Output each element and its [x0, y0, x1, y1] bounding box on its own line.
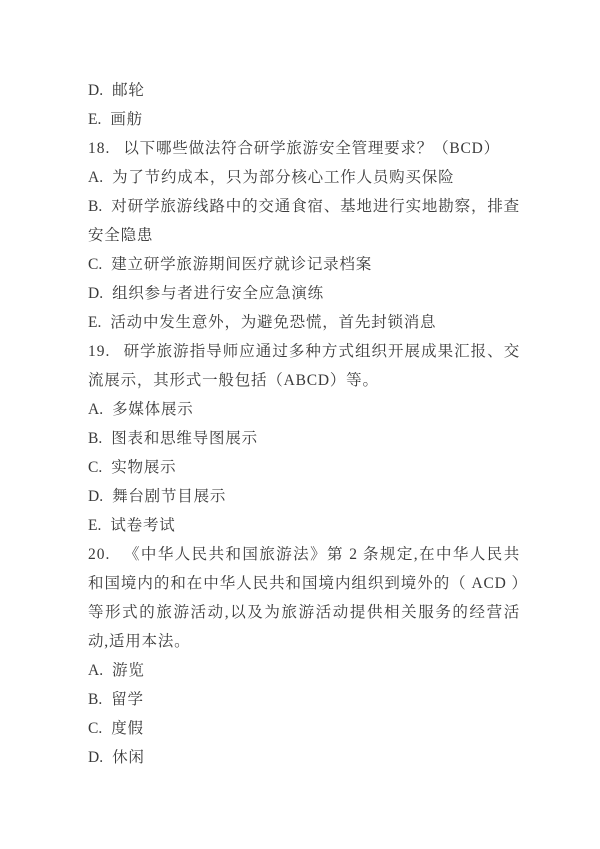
option-label: E. [88, 517, 101, 534]
option-line: C.实物展示 [88, 453, 520, 482]
option-label: D. [88, 82, 103, 99]
option-label: B. [88, 430, 102, 447]
option-text: 试卷考试 [110, 517, 175, 534]
option-label: B. [88, 691, 102, 708]
option-text: 画舫 [110, 111, 143, 128]
option-text: 休闲 [112, 749, 145, 766]
option-text: 留学 [111, 691, 144, 708]
question-number: 20. [88, 546, 110, 563]
option-label: C. [88, 720, 102, 737]
question-text: 以下哪些做法符合研学旅游安全管理要求？（BCD） [123, 140, 500, 157]
option-label: B. [88, 198, 102, 215]
option-line: E.试卷考试 [88, 511, 520, 540]
option-label: A. [88, 662, 103, 679]
option-text: 对研学旅游线路中的交通食宿、基地进行实地勘察，排查安全隐患 [88, 198, 520, 244]
option-text: 活动中发生意外，为避免恐慌，首先封锁消息 [110, 314, 436, 331]
option-line: D.组织参与者进行安全应急演练 [88, 279, 520, 308]
question-text: 《中华人民共和国旅游法》第 2 条规定,在中华人民共和国境内的和在中华人民共和国… [88, 546, 520, 650]
option-text: 实物展示 [111, 459, 176, 476]
question-20-stem: 20.《中华人民共和国旅游法》第 2 条规定,在中华人民共和国境内的和在中华人民… [88, 540, 520, 656]
option-line: C.度假 [88, 714, 520, 743]
scanned-exam-page: D.邮轮 E.画舫 18.以下哪些做法符合研学旅游安全管理要求？（BCD） A.… [0, 0, 600, 849]
option-line: D.舞台剧节目展示 [88, 482, 520, 511]
option-line: D.邮轮 [88, 76, 520, 105]
option-label: E. [88, 314, 101, 331]
option-text: 图表和思维导图展示 [111, 430, 258, 447]
option-label: E. [88, 111, 101, 128]
option-line: B.对研学旅游线路中的交通食宿、基地进行实地勘察，排查安全隐患 [88, 192, 520, 250]
option-text: 建立研学旅游期间医疗就诊记录档案 [111, 256, 372, 273]
option-line: C.建立研学旅游期间医疗就诊记录档案 [88, 250, 520, 279]
option-line: A.多媒体展示 [88, 395, 520, 424]
option-label: A. [88, 401, 103, 418]
option-line: E.活动中发生意外，为避免恐慌，首先封锁消息 [88, 308, 520, 337]
option-text: 多媒体展示 [112, 401, 194, 418]
option-label: D. [88, 488, 103, 505]
option-label: C. [88, 459, 102, 476]
option-label: D. [88, 285, 103, 302]
option-line: E.画舫 [88, 105, 520, 134]
option-line: B.图表和思维导图展示 [88, 424, 520, 453]
option-text: 度假 [111, 720, 144, 737]
option-label: A. [88, 169, 103, 186]
option-text: 舞台剧节目展示 [112, 488, 226, 505]
option-text: 邮轮 [112, 82, 145, 99]
option-label: C. [88, 256, 102, 273]
option-line: A.游览 [88, 656, 520, 685]
option-text: 组织参与者进行安全应急演练 [112, 285, 324, 302]
question-number: 19. [88, 343, 110, 360]
question-19-stem: 19.研学旅游指导师应通过多种方式组织开展成果汇报、交流展示，其形式一般包括（A… [88, 337, 520, 395]
question-number: 18. [88, 140, 110, 157]
option-text: 为了节约成本，只为部分核心工作人员购买保险 [112, 169, 454, 186]
option-label: D. [88, 749, 103, 766]
option-text: 游览 [112, 662, 145, 679]
option-line: B.留学 [88, 685, 520, 714]
option-line: A.为了节约成本，只为部分核心工作人员购买保险 [88, 163, 520, 192]
question-18-stem: 18.以下哪些做法符合研学旅游安全管理要求？（BCD） [88, 134, 520, 163]
option-line: D.休闲 [88, 743, 520, 772]
question-text: 研学旅游指导师应通过多种方式组织开展成果汇报、交流展示，其形式一般包括（ABCD… [88, 343, 520, 389]
